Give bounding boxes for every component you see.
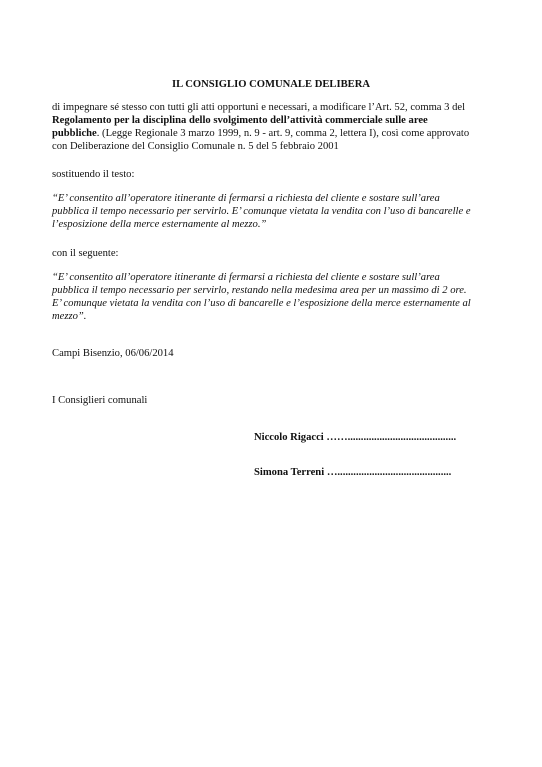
quote-line: “E’ consentito all’operatore itinerante …	[52, 192, 502, 205]
old-text-quote: “E’ consentito all’operatore itinerante …	[52, 192, 502, 231]
signature-line: Simona Terreni …........................…	[254, 466, 451, 479]
intro-line: di impegnare sé stesso con tutti gli att…	[52, 101, 502, 114]
quote-line: “E’ consentito all’operatore itinerante …	[52, 271, 502, 284]
intro-line: con Deliberazione del Consiglio Comunale…	[52, 140, 502, 153]
signer-name: Simona Terreni	[254, 467, 324, 478]
quote-line: pubblica il tempo necessario per servirl…	[52, 284, 502, 297]
quote-line: mezzo”.	[52, 310, 502, 323]
signature-dots: ……......................................…	[326, 432, 456, 443]
quote-line: l’esposizione della merce esternamente a…	[52, 218, 502, 231]
document-title: IL CONSIGLIO COMUNALE DELIBERA	[0, 78, 542, 91]
document-page: IL CONSIGLIO COMUNALE DELIBERA di impegn…	[0, 0, 542, 767]
replacing-label: sostituendo il testo:	[52, 168, 502, 181]
new-text-quote: “E’ consentito all’operatore itinerante …	[52, 271, 502, 323]
signers-label: I Consiglieri comunali	[52, 394, 502, 407]
intro-line: Regolamento per la disciplina dello svol…	[52, 114, 502, 127]
signer-name: Niccolo Rigacci	[254, 432, 324, 443]
intro-line: pubbliche. (Legge Regionale 3 marzo 1999…	[52, 127, 502, 140]
intro-paragraph: di impegnare sé stesso con tutti gli att…	[52, 101, 502, 153]
signature-line: Niccolo Rigacci ……......................…	[254, 431, 456, 444]
quote-line: pubblica il tempo necessario per servirl…	[52, 205, 502, 218]
quote-line: E’ comunque vietata la vendita con l’uso…	[52, 297, 502, 310]
place-date: Campi Bisenzio, 06/06/2014	[52, 347, 502, 360]
regulation-title: Regolamento per la disciplina dello svol…	[52, 115, 428, 126]
law-reference: . (Legge Regionale 3 marzo 1999, n. 9 - …	[97, 128, 469, 139]
signature-dots: ….......................................…	[327, 467, 451, 478]
regulation-title-end: pubbliche	[52, 128, 97, 139]
with-label: con il seguente:	[52, 247, 502, 260]
